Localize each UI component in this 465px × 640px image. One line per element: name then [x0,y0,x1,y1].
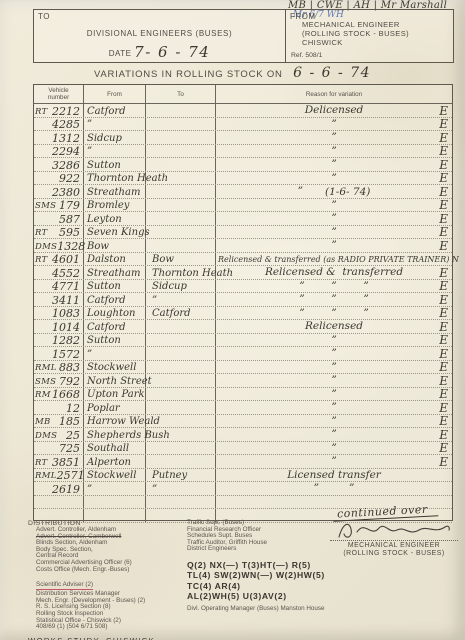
table-row: SMS179Bromley”E [34,199,452,213]
reason-cell: ”E [216,172,452,185]
from-box: FROM MECHANICAL ENGINEER (ROLLING STOCK … [286,10,453,62]
from-cell: Shepherds Bush [84,428,146,441]
to-value: Catford [152,308,191,319]
vehicle-cell: SMS179 [34,199,84,212]
vehicle-number: 725 [59,443,80,454]
to-cell [146,118,216,131]
vehicle-number: 2571 [57,470,85,481]
reason-value: Relicensed & transferred (as RADIO PRIVA… [218,255,459,264]
to-cell [146,199,216,212]
reason-note: (1-6- 74) [325,186,370,198]
vehicle-cell: RML883 [34,361,84,374]
licensing-mark: E [439,348,448,360]
from-cell: Streatham [84,266,146,279]
vehicle-number: 4601 [52,254,80,265]
table-row: 4285””E [34,118,452,132]
licensing-mark: E [439,267,448,279]
licensing-mark: E [439,429,448,441]
from-value: ” [87,119,92,130]
vehicle-cell: 725 [34,442,84,455]
reason-value: ” ” [314,483,355,495]
vehicle-prefix: RT [35,107,48,117]
to-cell [146,334,216,347]
vehicle-prefix: RT [35,458,48,468]
vehicle-cell: 1282 [34,334,84,347]
to-cell [146,145,216,158]
from-value: Upton Park [87,389,145,400]
table-row: RT2212CatfordDelicensedE [34,104,452,118]
from-value: ” [87,146,92,157]
from-value: Streatham [87,187,140,198]
from-value: Bow [87,241,109,252]
from-cell: ” [84,482,146,495]
from-line3: CHISWICK [302,38,409,47]
table-row: 2294””E [34,145,452,159]
from-line2: (ROLLING STOCK - BUSES) [302,29,409,38]
to-cell: ” [146,482,216,495]
reason-cell: ” ” ”E [216,293,452,306]
reason-cell: ” ” ”E [216,307,452,320]
to-cell [146,415,216,428]
from-cell: Upton Park [84,388,146,401]
vehicle-number: 185 [59,416,80,427]
to-cell [146,131,216,144]
vehicle-number: 1572 [52,349,80,360]
reason-cell: Licensed transfer [216,469,452,482]
reason-cell: ”E [216,374,452,387]
col-header-to: To [146,85,216,103]
vehicle-cell: RT595 [34,226,84,239]
table-row: 2380Streatham”(1-6- 74)E [34,185,452,199]
reason-value: ” [331,335,336,347]
table-row: DMS1328Bow”E [34,239,452,253]
vehicle-cell: 3286 [34,158,84,171]
vehicle-cell: DMS1328 [34,239,84,252]
distribution-item: Scientific Adviser (2) [36,582,93,590]
reason-value: ” [331,159,336,171]
table-row: 4552StreathamThornton HeathRelicensed & … [34,266,452,280]
to-cell [146,374,216,387]
garage-code-line: TL(4) SW(2)WN(—) W(2)HW(5) [187,570,342,581]
table-row: 3411Catford”” ” ”E [34,293,452,307]
licensing-mark: E [439,294,448,306]
reason-value: ” ” ” [299,294,369,306]
to-value: ” [152,484,157,495]
table-row: 922Thornton Heath”E [34,172,452,186]
from-value: Leyton [87,214,122,225]
from-value: Stockwell [87,470,136,481]
reason-value: ” [331,213,336,225]
reason-cell: ”E [216,361,452,374]
reason-value: ” [331,119,336,131]
vehicle-number: 2294 [52,146,80,157]
reason-value: ” [331,375,336,387]
vehicle-number: 179 [59,200,80,211]
vehicle-number: 883 [59,362,80,373]
vehicle-cell: 1083 [34,307,84,320]
vehicle-cell: DMS25 [34,428,84,441]
vehicle-prefix: DMS [35,242,57,252]
from-cell: Streatham [84,185,146,198]
reason-cell: ”(1-6- 74)E [216,185,452,198]
licensing-mark: E [439,375,448,387]
vehicle-cell: 4771 [34,280,84,293]
vehicle-cell: 4285 [34,118,84,131]
vehicle-number: 595 [59,227,80,238]
garage-code-counts: Q(2) NX(—) T(3)HT(—) R(5)TL(4) SW(2)WN(—… [187,560,342,602]
reason-cell: ”E [216,145,452,158]
vehicle-number: 1328 [57,241,85,252]
vehicle-prefix: RML [35,471,57,481]
from-value: Dalston [87,254,126,265]
table-row: RML883Stockwell”E [34,361,452,375]
col-header-reason: Reason for variation [216,85,452,103]
from-cell: Alperton [84,455,146,468]
from-cell: Catford [84,320,146,333]
table-row: 12Poplar”E [34,401,452,415]
reason-cell: ” ” ”E [216,280,452,293]
vehicle-cell: 2294 [34,145,84,158]
from-line1: MECHANICAL ENGINEER [302,20,409,29]
col-header-from: From [84,85,146,103]
table-row: 1312Sidcup”E [34,131,452,145]
from-value: Catford [87,322,126,333]
to-cell [146,442,216,455]
from-value: Sutton [87,335,121,346]
reason-value: ” [331,362,336,374]
from-value: Alperton [87,457,131,468]
table-body: RT2212CatfordDelicensedE4285””E1312Sidcu… [34,104,452,523]
licensing-mark: E [439,456,448,468]
table-row: SMS792North Street”E [34,374,452,388]
licensing-mark: E [439,132,448,144]
licensing-mark: E [439,186,448,198]
to-recipient: DIVISIONAL ENGINEERS (BUSES) [34,29,285,38]
table-row: 1083LoughtonCatford” ” ”E [34,307,452,321]
from-cell: ” [84,118,146,131]
reason-value: Licensed transfer [287,470,381,482]
vehicle-cell: 1572 [34,347,84,360]
reason-cell: ”E [216,131,452,144]
from-value: Stockwell [87,362,136,373]
vehicle-cell: MB185 [34,415,84,428]
reason-value: ” [331,402,336,414]
reason-value: ” [331,456,336,468]
reason-value: ” [331,173,336,185]
licensing-mark: E [439,159,448,171]
vehicle-cell: RT4601 [34,253,84,266]
document-title: VARIATIONS IN ROLLING STOCK ON 6 - 6 - 7… [0,64,465,82]
reason-value: ” [331,389,336,401]
recipients-footnote: Divl. Operating Manager (Buses) Manston … [187,605,342,612]
licensing-mark: E [439,402,448,414]
from-value: Loughton [87,308,135,319]
to-cell [146,428,216,441]
to-cell: Sidcup [146,280,216,293]
reason-value: ” ” ” [299,281,369,293]
licensing-mark: E [439,240,448,252]
table-row: 587Leyton”E [34,212,452,226]
table-row: RT4601DalstonBowRelicensed & transferred… [34,253,452,267]
vehicle-cell: RT2212 [34,104,84,117]
garage-code-line: Q(2) NX(—) T(3)HT(—) R(5) [187,560,342,571]
col-header-vehicle-number: Vehicle number [34,85,84,103]
to-cell [146,455,216,468]
from-cell: Thornton Heath [84,172,146,185]
title-printed: VARIATIONS IN ROLLING STOCK ON [94,69,283,80]
from-cell: Sutton [84,334,146,347]
vehicle-prefix: RT [35,255,48,265]
licensing-mark: E [439,213,448,225]
scanned-document: MB | CWE | AH | Mr Marshall Mr 6/7 WH TO… [0,0,465,640]
to-cell [146,361,216,374]
reason-value: ” ” ” [299,308,369,320]
vehicle-cell: RT3851 [34,455,84,468]
variations-table: Vehicle number From To Reason for variat… [33,84,453,521]
distribution-items: Advert. Controller, AldenhamAdvert. Cont… [28,527,186,631]
vehicle-cell: 3411 [34,293,84,306]
title-date: 6 - 6 - 74 [293,65,371,81]
from-ref: Ref. 508/1 [291,52,322,59]
reason-cell: ”E [216,334,452,347]
reason-value: ” [331,443,336,455]
table-row: RM1668Upton Park”E [34,388,452,402]
table-row: MB185Harrow Weald”E [34,415,452,429]
licensing-mark: E [439,321,448,333]
reason-cell: Relicensed & transferredE [216,266,452,279]
vehicle-cell: 1014 [34,320,84,333]
to-cell [146,320,216,333]
recipients-items: Traffic Supt. (Buses)Financial Research … [187,520,342,553]
to-cell [146,401,216,414]
licensing-mark: E [439,105,448,117]
vehicle-number: 4552 [52,268,80,279]
distribution-item: 408/69 (1) (504 6/71 508) [36,624,186,631]
reason-cell: ”E [216,347,452,360]
from-cell: Poplar [84,401,146,414]
from-value: Sidcup [87,133,122,144]
from-cell: Stockwell [84,361,146,374]
reason-value: ” [331,200,336,212]
vehicle-cell: 922 [34,172,84,185]
vehicle-prefix: RML [35,363,57,373]
vehicle-cell: 2619 [34,482,84,495]
vehicle-number: 792 [59,376,80,387]
vehicle-number: 2380 [52,187,80,198]
table-row: RT595Seven Kings”E [34,226,452,240]
from-cell: Sidcup [84,131,146,144]
vehicle-number: 3286 [52,160,80,171]
from-cell: Harrow Weald [84,415,146,428]
licensing-mark: E [439,388,448,400]
distribution-item: Costs Office (Mech. Engr.-Buses) [36,567,186,574]
from-cell: ” [84,347,146,360]
vehicle-prefix: RM [35,390,51,400]
garage-code-line: AL(2)WH(5) U(3)AV(2) [187,591,342,602]
from-value: Catford [87,106,126,117]
from-cell: Sutton [84,158,146,171]
to-cell [146,388,216,401]
to-value: Sidcup [152,281,187,292]
to-value: ” [152,295,157,306]
to-cell: Bow [146,253,216,266]
reason-cell: RelicensedE [216,320,452,333]
signatory-title-2: (ROLLING STOCK - BUSES) [330,550,458,559]
licensing-mark: E [439,226,448,238]
reason-cell: Relicensed & transferred (as RADIO PRIVA… [216,253,452,266]
distribution-list: DISTRIBUTION Advert. Controller, Aldenha… [28,520,186,640]
reason-value: Relicensed & transferred [265,267,403,279]
vehicle-number: 1282 [52,335,80,346]
from-cell: Sutton [84,280,146,293]
reason-cell: ”E [216,442,452,455]
table-header-row: Vehicle number From To Reason for variat… [34,85,452,104]
reason-value: ” [298,186,303,198]
vehicle-cell: 2380 [34,185,84,198]
table-row: 3286Sutton”E [34,158,452,172]
to-cell [146,172,216,185]
vehicle-number: 4771 [52,281,80,292]
vehicle-prefix: MB [35,417,51,427]
from-cell: Seven Kings [84,226,146,239]
table-row: 1282Sutton”E [34,334,452,348]
from-value: Poplar [87,403,120,414]
to-cell: Catford [146,307,216,320]
vehicle-cell: SMS792 [34,374,84,387]
recipients-list: Traffic Supt. (Buses)Financial Research … [187,520,342,612]
licensing-mark: E [439,172,448,184]
vehicle-number: 3411 [52,295,80,306]
table-row: RML2571StockwellPutneyLicensed transfer [34,469,452,483]
vehicle-cell: 587 [34,212,84,225]
licensing-mark: E [439,334,448,346]
reason-cell: ”E [216,239,452,252]
vehicle-prefix: SMS [35,201,56,211]
vehicle-number: 1668 [52,389,80,400]
reason-value: ” [331,416,336,428]
reason-value: Relicensed [305,321,363,333]
from-value: Southall [87,443,129,454]
reason-cell: ”E [216,455,452,468]
table-row: 1572””E [34,347,452,361]
header-boxes: TO DIVISIONAL ENGINEERS (BUSES) DATE 7- … [33,9,454,63]
reason-value: ” [331,348,336,360]
reason-value: ” [331,240,336,252]
vehicle-cell: RM1668 [34,388,84,401]
to-cell [146,104,216,117]
signature-line [330,540,458,541]
vehicle-prefix: RT [35,228,48,238]
vehicle-cell [34,496,84,509]
licensing-mark: E [439,145,448,157]
table-row: 1014CatfordRelicensedE [34,320,452,334]
table-row: 725Southall”E [34,442,452,456]
from-value: North Street [87,376,152,387]
to-cell: ” [146,293,216,306]
from-cell: Catford [84,293,146,306]
date-value: 7- 6 - 74 [134,43,210,61]
from-value: Sutton [87,281,121,292]
vehicle-number: 25 [66,430,80,441]
to-cell [146,158,216,171]
to-cell: Putney [146,469,216,482]
from-cell: Stockwell [84,469,146,482]
from-cell: Leyton [84,212,146,225]
from-cell: Bromley [84,199,146,212]
garage-code-line: TC(4) AR(4) [187,581,342,592]
reason-cell: ” ” [216,482,452,495]
to-cell [146,239,216,252]
vehicle-number: 2619 [52,484,80,495]
from-cell: ” [84,145,146,158]
licensing-mark: E [439,280,448,292]
to-cell [146,226,216,239]
vehicle-prefix: SMS [35,377,56,387]
reason-cell: ”E [216,388,452,401]
table-row: DMS25Shepherds Bush”E [34,428,452,442]
from-value: ” [87,349,92,360]
licensing-mark: E [439,415,448,427]
from-cell [84,496,146,509]
from-cell: North Street [84,374,146,387]
to-box: TO DIVISIONAL ENGINEERS (BUSES) DATE 7- … [34,10,286,62]
from-value: Streatham [87,268,140,279]
to-cell [146,496,216,509]
to-cell [146,347,216,360]
reason-cell: ”E [216,415,452,428]
reason-cell: ”E [216,428,452,441]
reason-value: ” [331,429,336,441]
from-cell: Catford [84,104,146,117]
from-cell: Bow [84,239,146,252]
vehicle-cell: RML2571 [34,469,84,482]
reason-cell: ”E [216,199,452,212]
to-label: TO [38,12,50,21]
reason-cell: ”E [216,401,452,414]
reason-value: ” [331,132,336,144]
vehicle-cell: 12 [34,401,84,414]
vehicle-number: 922 [59,173,80,184]
vehicle-number: 12 [66,403,80,414]
date-label: DATE [109,49,132,58]
reason-cell: ”E [216,226,452,239]
vehicle-cell: 1312 [34,131,84,144]
reason-cell: ”E [216,212,452,225]
works-study-annotation: WORKS STUDY, CHISWICK [28,636,186,640]
to-value: Bow [152,254,174,265]
licensing-mark: E [439,442,448,454]
from-cell: Dalston [84,253,146,266]
reason-cell: DelicensedE [216,104,452,117]
from-value: Sutton [87,160,121,171]
licensing-mark: E [439,361,448,373]
vehicle-number: 1083 [52,308,80,319]
licensing-mark: E [439,118,448,130]
reason-value: ” [331,227,336,239]
reason-cell: ”E [216,158,452,171]
vehicle-number: 3851 [52,457,80,468]
from-value: Bromley [87,200,129,211]
vehicle-number: 4285 [52,119,80,130]
from-value: ” [87,484,92,495]
signature-block: MECHANICAL ENGINEER (ROLLING STOCK - BUS… [330,518,458,558]
licensing-mark: E [439,199,448,211]
vehicle-number: 587 [59,214,80,225]
licensing-mark: E [439,307,448,319]
to-cell: Thornton Heath [146,266,216,279]
table-row: 2619””” ” [34,482,452,496]
reason-cell: ”E [216,118,452,131]
